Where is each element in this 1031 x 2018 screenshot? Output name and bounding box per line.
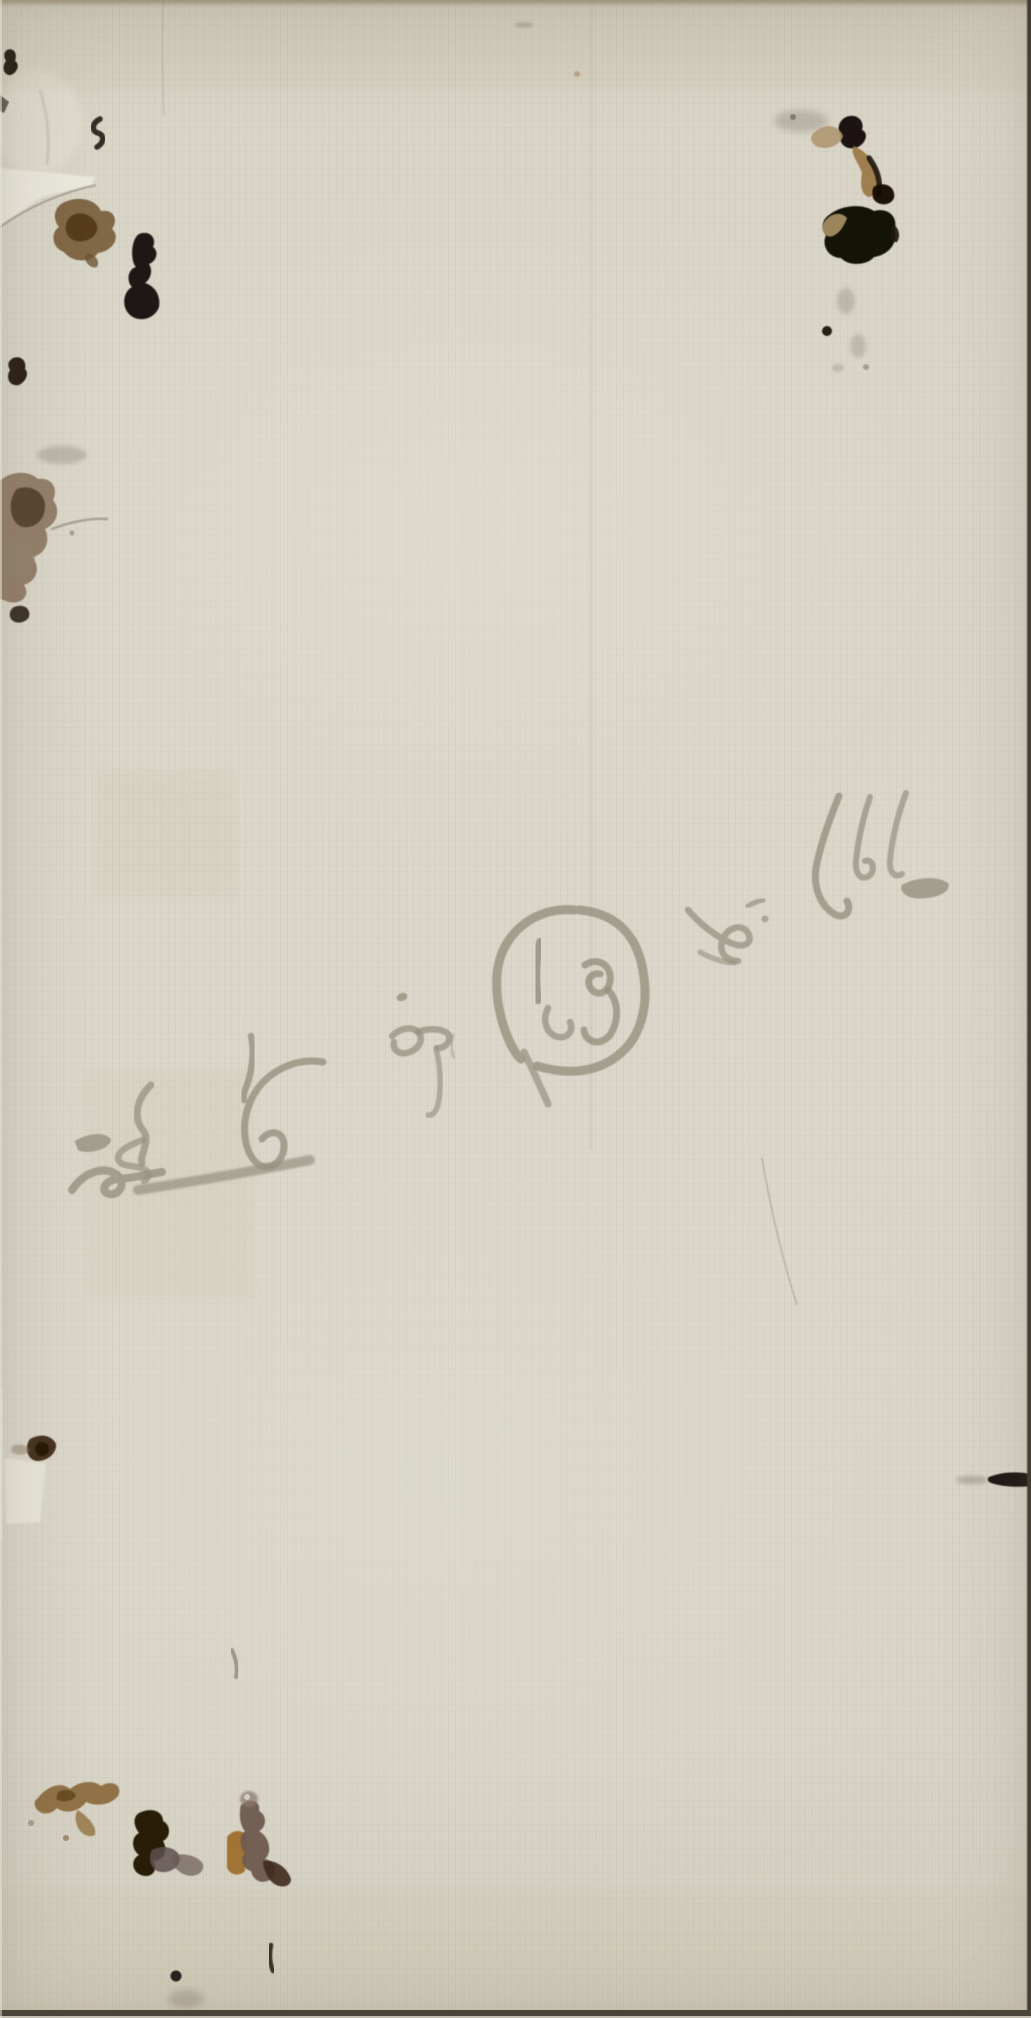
char-tu-tail	[524, 1052, 548, 1104]
left-edge-light-line	[0, 1388, 3, 1540]
small-blot-left-lower	[10, 606, 30, 623]
foxing-patch-upper	[95, 770, 235, 900]
bottom-stain-c-tail	[263, 1861, 291, 1887]
bottom-stain-c-knob-dot	[244, 1794, 250, 1800]
thin-arc-from-stain	[52, 519, 107, 529]
bottom-gray-smudge	[168, 1990, 204, 2008]
scanned-page	[0, 0, 1031, 2018]
char-shu-dot	[762, 916, 769, 923]
top-band-tint	[0, 0, 1031, 90]
char-zhou-loop	[245, 1061, 323, 1167]
char-shi-dot	[395, 991, 408, 1002]
bottom-speck-1	[28, 1820, 34, 1826]
right-edge-dash	[988, 1472, 1031, 1486]
char-guan-left	[815, 796, 848, 916]
char-tu-circle	[497, 910, 645, 1072]
black-blot-topleft	[124, 233, 159, 319]
ink-squiggle-topleft	[93, 119, 102, 147]
speck-below-blot-small	[863, 364, 869, 370]
char-tu-inner-loop3	[545, 1008, 571, 1037]
smudge-below-blot-1	[837, 288, 855, 314]
arc-dot	[70, 531, 75, 536]
char-tu-inner-vertical	[536, 942, 540, 1000]
topright-blot-knob	[839, 116, 866, 149]
char-guan-right-stroke	[890, 793, 906, 876]
scan-artifacts	[0, 0, 1031, 2018]
ink-stains	[0, 22, 1031, 2008]
char-shi-edge-speck	[451, 1035, 454, 1057]
char-shi-descender	[428, 1048, 440, 1115]
right-edge-dash-fade	[956, 1476, 988, 1484]
topright-blot-hook	[872, 184, 894, 204]
bottom-band-tint	[0, 1890, 1031, 2018]
smudge-below-blot-2	[850, 334, 866, 358]
left-blob-mid-core	[35, 1442, 49, 1456]
char-tu-inner-loop2	[584, 990, 617, 1042]
speck-top-center	[515, 22, 533, 28]
bottom-dot	[171, 1971, 182, 1982]
bottom-stain-b-foot2	[172, 1854, 204, 1875]
char-wen-left-dash	[77, 1136, 109, 1150]
vertical-fold-crease	[591, 0, 592, 1150]
diagonal-crease-right	[762, 1158, 797, 1305]
small-blot-left-upper	[8, 357, 27, 385]
smudge-below-blot-3	[832, 364, 844, 372]
bottom-speck-2	[63, 1835, 69, 1841]
gray-smudge-left	[37, 446, 87, 464]
char-shu-dash	[748, 900, 763, 906]
char-shu-main	[688, 910, 750, 961]
char-guan-bottom-dash	[903, 880, 948, 897]
char-guan-mid-loop	[856, 797, 873, 878]
bottom-stain-a	[35, 1782, 120, 1813]
speck-top-center-dot	[574, 71, 580, 77]
repair-patch-left	[4, 1458, 46, 1524]
speck-topright	[790, 114, 796, 120]
bottom-stain-a-tail	[76, 1810, 96, 1836]
gray-tick-left	[232, 1650, 237, 1677]
speck-below-blot-dark	[822, 326, 832, 336]
